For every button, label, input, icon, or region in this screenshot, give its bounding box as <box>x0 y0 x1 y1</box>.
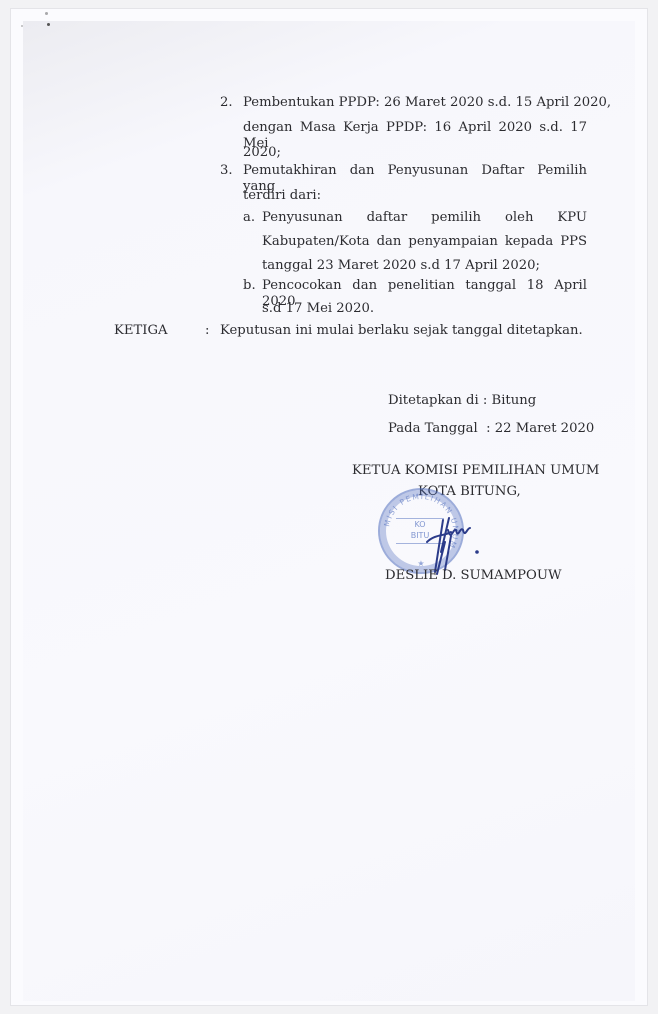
signatory-title-1: KETUA KOMISI PEMILIHAN UMUM <box>352 463 599 479</box>
item-2-line-2: dengan Masa Kerja PPDP: 16 April 2020 s.… <box>243 120 587 152</box>
ketiga-label: KETIGA <box>114 323 168 339</box>
scan-speck <box>21 25 23 27</box>
item-2-number: 2. <box>220 95 233 111</box>
item-2-line-3: 2020; <box>243 145 281 161</box>
subitem-a-letter: a. <box>243 210 255 226</box>
place-of-issue: Ditetapkan di : Bitung <box>388 393 536 409</box>
subitem-a-line-3: tanggal 23 Maret 2020 s.d 17 April 2020; <box>262 258 540 274</box>
ketiga-text: Keputusan ini mulai berlaku sejak tangga… <box>220 323 583 339</box>
subitem-a-line-1: Penyusunan daftar pemilih oleh KPU <box>262 210 587 226</box>
subitem-b-letter: b. <box>243 278 256 294</box>
ketiga-colon: : <box>205 323 209 339</box>
scan-speck <box>47 23 50 26</box>
item-2-line-1: Pembentukan PPDP: 26 Maret 2020 s.d. 15 … <box>243 95 611 111</box>
subitem-a-line-2: Kabupaten/Kota dan penyampaian kepada PP… <box>262 234 587 250</box>
item-3-number: 3. <box>220 163 233 179</box>
subitem-b-line-2: s.d 17 Mei 2020. <box>262 301 374 317</box>
scan-speck <box>45 12 48 15</box>
date-of-issue: Pada Tanggal : 22 Maret 2020 <box>388 421 594 437</box>
item-3-line-2: terdiri dari: <box>243 188 321 204</box>
signatory-name: DESLIE D. SUMAMPOUW <box>385 568 562 584</box>
document-page <box>10 8 648 1006</box>
